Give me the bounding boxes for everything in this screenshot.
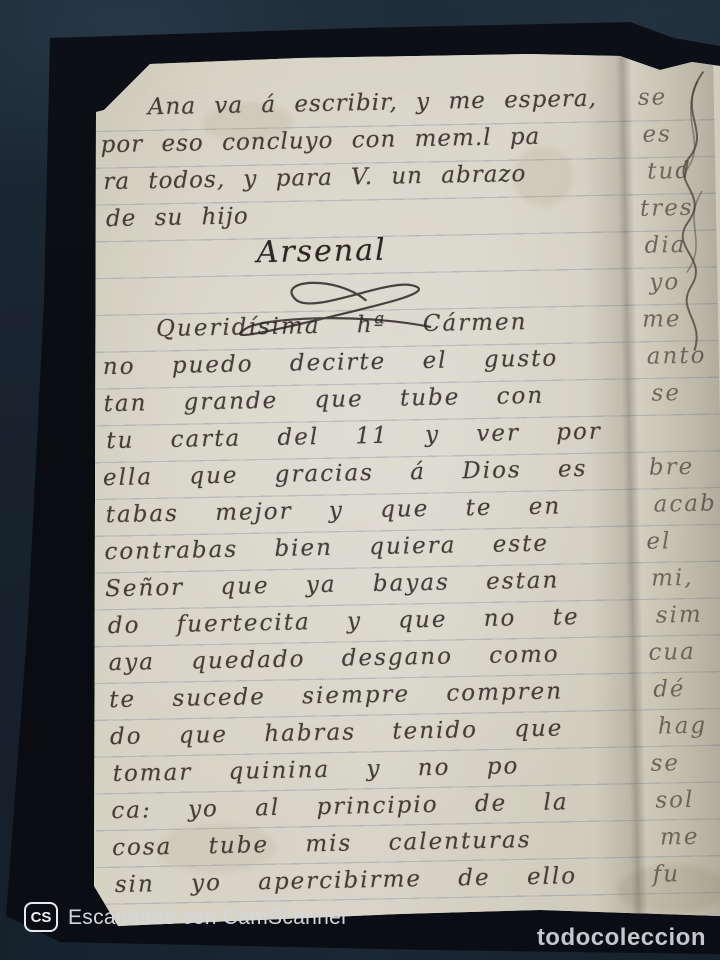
handwriting-lines: Ana va á escribir, y me espera,por eso c… (96, 81, 640, 921)
handwriting-line: sin yo apercibirme de ello (115, 859, 578, 905)
fold-crease-shading (581, 43, 720, 931)
camscanner-logo-icon: CS (24, 902, 58, 932)
signature-line: Arsenal (256, 234, 387, 273)
camscanner-watermark-text: Escaneado con CamScanner (68, 906, 348, 930)
handwriting-line: de su hijo (106, 199, 249, 239)
handwriting-line: ra todos, y para V. un abrazo (103, 157, 527, 202)
sheet-content: Ana va á escribir, y me espera,por eso c… (81, 43, 720, 941)
scanned-letter-photo: Ana va á escribir, y me espera,por eso c… (0, 0, 720, 960)
signature-flourish (215, 270, 466, 345)
todocoleccion-watermark: todocoleccion (537, 924, 706, 952)
letter-sheet: Ana va á escribir, y me espera,por eso c… (88, 50, 720, 936)
